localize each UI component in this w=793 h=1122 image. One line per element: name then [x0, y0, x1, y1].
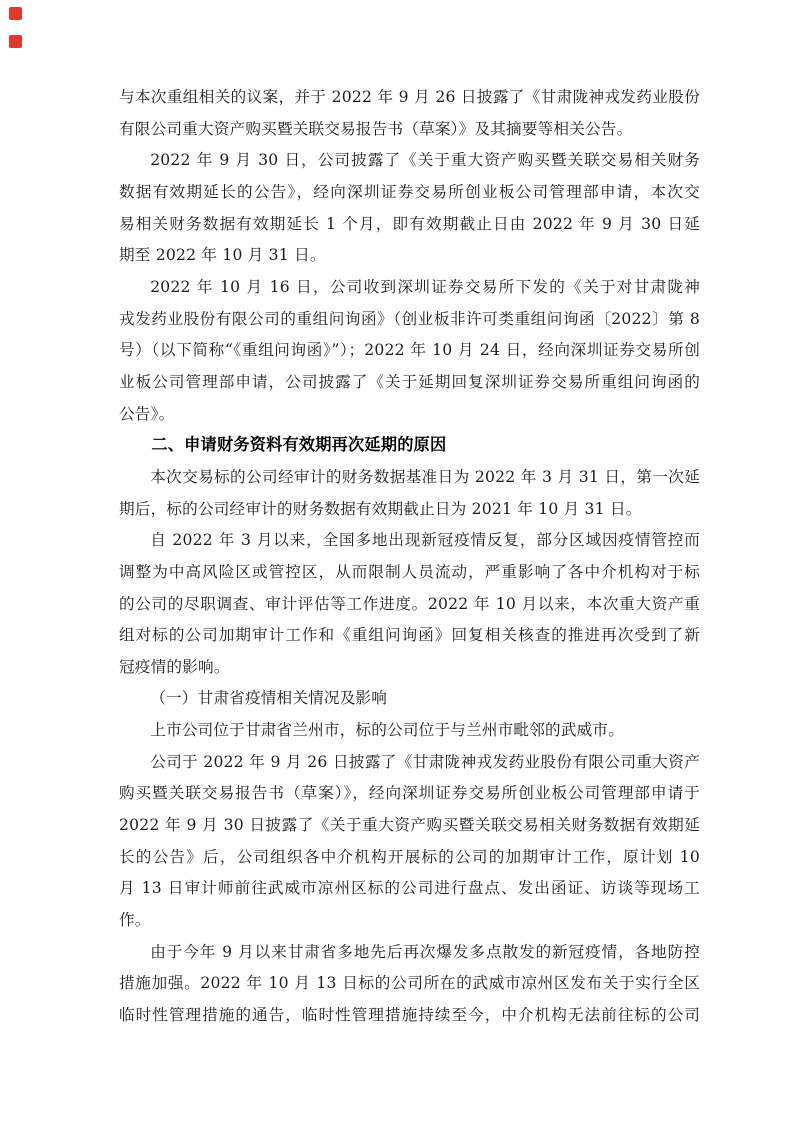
text-line: 公告》。 — [119, 399, 700, 431]
text-line: 作。 — [119, 905, 700, 937]
text-line: 与本次重组相关的议案，并于 2022 年 9 月 26 日披露了《甘肃陇神戎发药… — [119, 82, 700, 114]
text-line: 购买暨关联交易报告书（草案）》，经向深圳证券交易所创业板公司管理部申请于 — [119, 778, 700, 810]
text-line: 数据有效期延长的公告》，经向深圳证券交易所创业板公司管理部申请，本次交 — [119, 177, 700, 209]
text-line: 调整为中高风险区或管控区，从而限制人员流动，严重影响了各中介机构对于标 — [119, 557, 700, 589]
red-annotation-mark[interactable] — [9, 7, 22, 20]
red-annotation-mark[interactable] — [9, 35, 22, 48]
section-heading: 二、申请财务资料有效期再次延期的原因 — [119, 430, 700, 462]
text-line: 号）（以下简称“《重组问询函》”）；2022 年 10 月 24 日，经向深圳证… — [119, 335, 700, 367]
text-line: 临时性管理措施的通告，临时性管理措施持续至今，中介机构无法前往标的公司 — [119, 1000, 700, 1032]
text-line: 月 13 日审计师前往武威市凉州区标的公司进行盘点、发出函证、访谈等现场工 — [119, 873, 700, 905]
text-line: （一）甘肃省疫情相关情况及影响 — [119, 683, 700, 715]
text-line: 由于今年 9 月以来甘肃省多地先后再次爆发多点散发的新冠疫情，各地防控 — [119, 937, 700, 969]
text-line: 期后，标的公司经审计的财务数据有效期截止日为 2021 年 10 月 31 日。 — [119, 494, 700, 526]
text-line: 自 2022 年 3 月以来，全国多地出现新冠疫情反复，部分区域因疫情管控而 — [119, 525, 700, 557]
text-line: 有限公司重大资产购买暨关联交易报告书（草案）》及其摘要等相关公告。 — [119, 114, 700, 146]
text-line: 本次交易标的公司经审计的财务数据基准日为 2022 年 3 月 31 日，第一次… — [119, 462, 700, 494]
text-line: 上市公司位于甘肃省兰州市，标的公司位于与兰州市毗邻的武威市。 — [119, 715, 700, 747]
text-line: 长的公告》后，公司组织各中介机构开展标的公司的加期审计工作，原计划 10 — [119, 842, 700, 874]
text-line: 2022 年 10 月 16 日，公司收到深圳证券交易所下发的《关于对甘肃陇神 — [119, 272, 700, 304]
text-line: 公司于 2022 年 9 月 26 日披露了《甘肃陇神戎发药业股份有限公司重大资… — [119, 747, 700, 779]
text-line: 易相关财务数据有效期延长 1 个月，即有效期截止日由 2022 年 9 月 30… — [119, 209, 700, 241]
text-line: 2022 年 9 月 30 日，公司披露了《关于重大资产购买暨关联交易相关财务 — [119, 145, 700, 177]
text-line: 业板公司管理部申请，公司披露了《关于延期回复深圳证券交易所重组问询函的 — [119, 367, 700, 399]
text-line: 的公司的尽职调查、审计评估等工作进度。2022 年 10 月以来，本次重大资产重 — [119, 589, 700, 621]
text-line: 组对标的公司加期审计工作和《重组问询函》回复相关核查的推进再次受到了新 — [119, 620, 700, 652]
text-line: 戎发药业股份有限公司的重组问询函》（创业板非许可类重组问询函〔2022〕第 8 — [119, 304, 700, 336]
text-line: 期至 2022 年 10 月 31 日。 — [119, 240, 700, 272]
text-line: 措施加强。2022 年 10 月 13 日标的公司所在的武威市凉州区发布关于实行… — [119, 968, 700, 1000]
document-lines: 与本次重组相关的议案，并于 2022 年 9 月 26 日披露了《甘肃陇神戎发药… — [119, 82, 700, 1032]
text-line: 2022 年 9 月 30 日披露了《关于重大资产购买暨关联交易相关财务数据有效… — [119, 810, 700, 842]
document-page: 与本次重组相关的议案，并于 2022 年 9 月 26 日披露了《甘肃陇神戎发药… — [0, 0, 793, 1122]
text-line: 冠疫情的影响。 — [119, 652, 700, 684]
